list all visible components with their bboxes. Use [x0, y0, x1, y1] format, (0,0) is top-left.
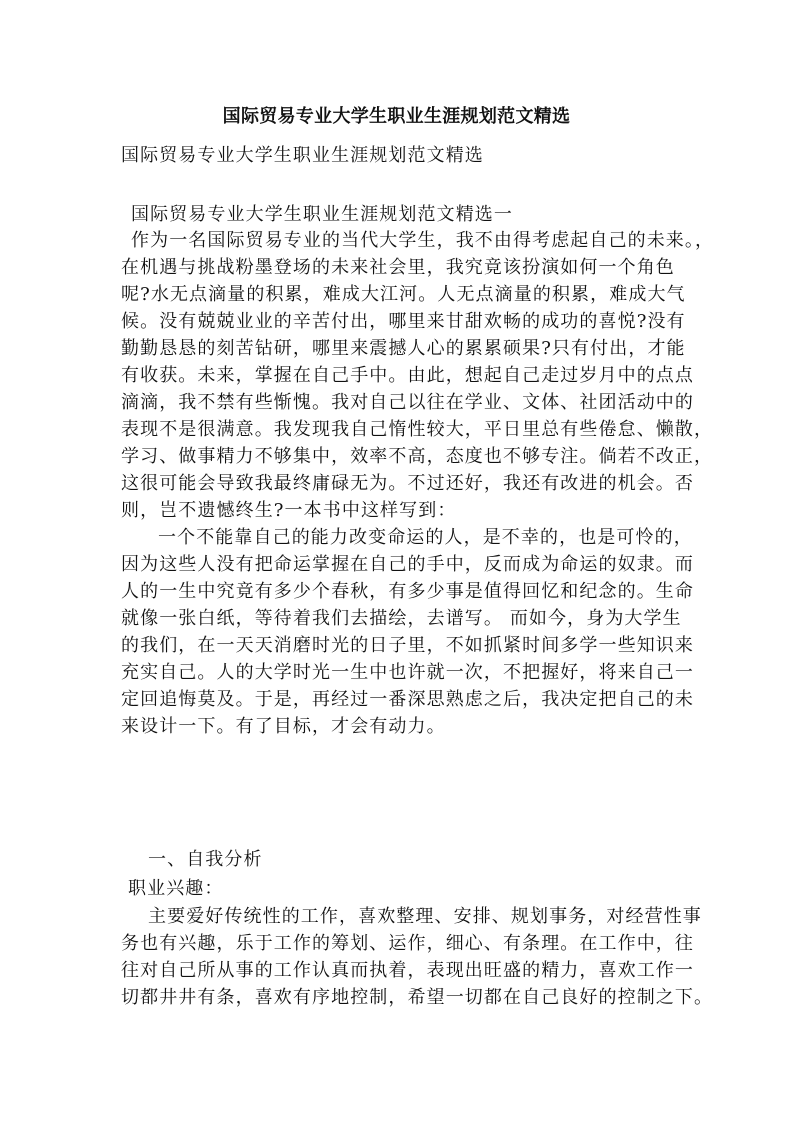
paragraph-line: 来设计一下。有了目标，才会有动力。: [121, 716, 446, 738]
paragraph-line: 务也有兴趣，乐于工作的筹划、运作，细心、有条理。在工作中，往: [121, 933, 694, 955]
document-title: 国际贸易专业大学生职业生涯规划范文精选: [0, 106, 793, 128]
paragraph-line: 作为一名国际贸易专业的当代大学生，我不由得考虑起自己的未来。，: [131, 230, 714, 252]
document-subtitle: 国际贸易专业大学生职业生涯规划范文精选: [121, 145, 484, 167]
paragraph-line: 就像一张白纸，等待着我们去描绘，去谱写。 而如今，身为大学生: [121, 608, 682, 630]
paragraph-line: 有收获。未来，掌握在自己手中。由此，想起自己走过岁月中的点点: [121, 365, 694, 387]
document-page: 国际贸易专业大学生职业生涯规划范文精选 国际贸易专业大学生职业生涯规划范文精选 …: [0, 0, 793, 1122]
section-heading: 国际贸易专业大学生职业生涯规划范文精选一: [131, 204, 513, 226]
paragraph-line: 呢?水无点滴量的积累，难成大江河。人无点滴量的积累，难成大气: [121, 284, 686, 306]
heading-self-analysis: 一、自我分析: [148, 849, 263, 871]
paragraph-line: 切都井井有条，喜欢有序地控制，希望一切都在自己良好的控制之下。: [121, 987, 713, 1009]
paragraph-line: 这很可能会导致我最终庸碌无为。不过还好，我还有改进的机会。否: [121, 473, 694, 495]
paragraph-line: 一个不能靠自己的能力改变命运的人，是不幸的，也是可怜的，: [158, 527, 693, 549]
paragraph-line: 则，岂不遗憾终生?一本书中这样写到：: [121, 500, 456, 522]
paragraph-line: 定回追悔莫及。于是，再经过一番深思熟虑之后，我决定把自己的未: [121, 689, 694, 711]
paragraph-line: 往对自己所从事的工作认真而执着，表现出旺盛的精力，喜欢工作一: [121, 960, 694, 982]
paragraph-line: 主要爱好传统性的工作，喜欢整理、安排、规划事务，对经营性事: [148, 906, 702, 928]
paragraph-line: 因为这些人没有把命运掌握在自己的手中，反而成为命运的奴隶。而: [121, 554, 694, 576]
paragraph-line: 学习、做事精力不够集中，效率不高，态度也不够专注。倘若不改正，: [121, 446, 713, 468]
paragraph-line: 表现不是很满意。我发现我自己惰性较大，平日里总有些倦怠、懒散，: [121, 419, 713, 441]
paragraph-line: 勤勤恳恳的刻苦钻研，哪里来震撼人心的累累硕果?只有付出，才能: [121, 338, 686, 360]
paragraph-line: 在机遇与挑战粉墨登场的未来社会里，我究竟该扮演如何一个角色: [121, 257, 675, 279]
paragraph-line: 候。没有兢兢业业的辛苦付出，哪里来甘甜欢畅的成功的喜悦?没有: [121, 311, 686, 333]
paragraph-line: 的我们，在一天天消磨时光的日子里，不如抓紧时间多学一些知识来: [121, 635, 694, 657]
paragraph-line: 滴滴，我不禁有些惭愧。我对自己以往在学业、文体、社团活动中的: [121, 392, 694, 414]
paragraph-line: 充实自己。人的大学时光一生中也许就一次，不把握好，将来自己一: [121, 662, 694, 684]
subheading-career-interest: 职业兴趣：: [128, 878, 224, 900]
paragraph-line: 人的一生中究竟有多少个春秋，有多少事是值得回忆和纪念的。生命: [121, 581, 694, 603]
